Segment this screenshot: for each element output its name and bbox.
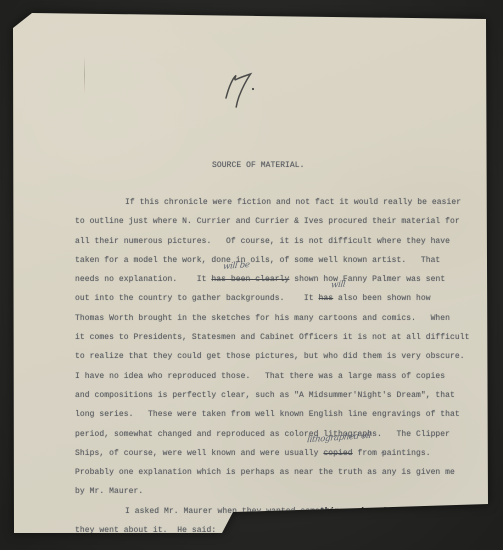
typed-text: not get it how: [393, 507, 466, 516]
typed-line: Thomas Worth brought in the sketches for…: [75, 309, 475, 328]
typed-text: Ships, of course, were well known and we…: [75, 449, 323, 458]
typed-line-with-overtype: I asked Mr. Maurer when they wanted some…: [75, 502, 475, 521]
typed-line: taken for a model the work, done in oils…: [75, 251, 475, 270]
typed-line: by Mr. Maurer.: [75, 482, 475, 501]
handwritten-annotation: will be: [223, 261, 250, 272]
typed-text: also been shown how: [333, 294, 430, 303]
caret-mark: ^: [380, 451, 386, 460]
typed-line: to realize that they could get those pic…: [75, 347, 475, 366]
insertion-point: ^ paintings.: [377, 444, 431, 463]
typed-text: I asked Mr. Maurer when they wanted some: [125, 507, 320, 516]
typed-text: shown how Fanny Palmer was sent: [289, 275, 445, 284]
typed-text: out into the country to gather backgroun…: [75, 294, 319, 303]
document-page: SOURCE OF MATERIAL. If this chronicle we…: [0, 0, 503, 550]
document-body: If this chronicle were fiction and not f…: [75, 193, 475, 540]
correction-group: willhas: [319, 289, 334, 308]
typed-line: long series. These were taken from well …: [75, 405, 475, 424]
typed-line: to outline just where N. Currier and Cur…: [75, 212, 475, 231]
paper-shadow-wrap: SOURCE OF MATERIAL. If this chronicle we…: [0, 0, 503, 550]
typed-text: from: [353, 449, 377, 458]
typed-line: Probably one explanation which is perhap…: [75, 463, 475, 482]
typed-line: period, somewhat changed and reproduced …: [75, 425, 475, 444]
typed-line-with-correction: Ships, of course, were well known and we…: [75, 444, 475, 463]
typed-line: and compositions is perfectly clear, suc…: [75, 386, 475, 405]
struck-text: copied: [323, 449, 352, 458]
typed-line: they went about it. He said:: [75, 521, 475, 540]
handwritten-annotation: lithographed oil: [307, 432, 372, 446]
seven-glyph: [219, 69, 261, 111]
struck-text: has been clearly: [211, 275, 289, 284]
typed-line: I have no idea who reproduced those. Tha…: [75, 367, 475, 386]
handwritten-page-number: [219, 69, 261, 111]
struck-text: has: [319, 294, 334, 303]
correction-group: lithographed oilcopied: [323, 444, 352, 463]
handwritten-annotation: will: [330, 281, 345, 291]
scanned-document-background: SOURCE OF MATERIAL. If this chronicle we…: [0, 0, 503, 550]
typed-line-with-correction: out into the country to gather backgroun…: [75, 289, 475, 308]
paper-crease: [84, 56, 85, 94]
overtyped-text: thing and could: [320, 507, 393, 516]
typed-text: needs no explanation. It: [75, 275, 211, 284]
typed-line: it comes to Presidents, Statesmen and Ca…: [75, 328, 475, 347]
document-title: SOURCE OF MATERIAL.: [212, 160, 305, 172]
typed-line: all their numerous pictures. Of course, …: [75, 232, 475, 251]
typed-line: If this chronicle were fiction and not f…: [75, 193, 475, 212]
correction-group: will behas been clearly: [211, 270, 289, 289]
typed-line-with-correction: needs no explanation. It will behas been…: [75, 270, 475, 289]
